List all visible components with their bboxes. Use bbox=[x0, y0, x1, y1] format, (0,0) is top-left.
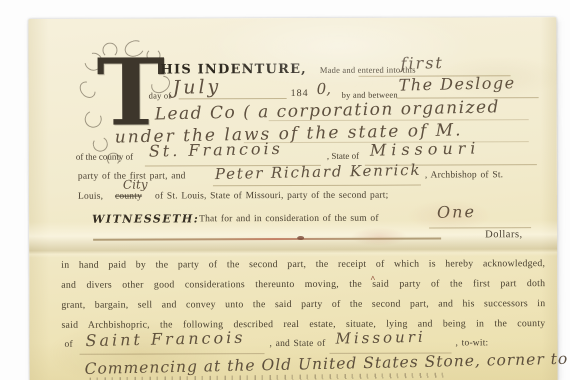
body-paragraph-line: said Archbishopric, the following descri… bbox=[61, 318, 545, 331]
printed-text: , Archbishop of St. bbox=[425, 170, 503, 180]
printed-text: of the county of bbox=[76, 152, 133, 162]
ink-caret-mark: ^ bbox=[370, 274, 375, 284]
printed-text: of St. Louis, State of Missouri, party o… bbox=[155, 191, 389, 202]
printed-text: by and between bbox=[342, 90, 398, 100]
handwritten-county: St. Francois bbox=[149, 139, 283, 161]
printed-text: That for and in consideration of the sum… bbox=[199, 214, 379, 225]
handwritten-year-digit: 0, bbox=[316, 80, 331, 98]
struck-word: county bbox=[115, 192, 142, 202]
handwritten-month: July bbox=[172, 76, 221, 99]
body-paragraph-line: and divers other good considerations the… bbox=[61, 278, 545, 291]
printed-text: , State of bbox=[327, 151, 359, 161]
printed-text: , to-wit: bbox=[455, 338, 488, 348]
printed-text: , and State of bbox=[269, 339, 325, 349]
indenture-title: HIS INDENTURE, bbox=[161, 62, 307, 78]
handwritten-grantee-name: Peter Richard Kenrick bbox=[215, 161, 422, 183]
printed-text: day of bbox=[149, 90, 172, 100]
ink-blot bbox=[297, 236, 304, 240]
dollars-label: Dollars, bbox=[485, 229, 523, 240]
handwritten-amount: One bbox=[437, 202, 476, 222]
printed-text: of bbox=[64, 340, 72, 350]
handwritten-day: first bbox=[400, 53, 444, 73]
witnesseth-label: WITNESSETH: bbox=[92, 212, 199, 225]
handwritten-party-name: The Desloge bbox=[398, 73, 515, 94]
handwritten-state: Missouri bbox=[335, 328, 426, 348]
printed-text: Louis, bbox=[78, 192, 103, 202]
form-blank-line bbox=[213, 185, 421, 187]
body-paragraph-line: in hand paid by the party of the second … bbox=[61, 258, 545, 271]
document-paper: T HIS INDENTURE, Made and entered into t… bbox=[28, 17, 557, 380]
printed-year: 184 bbox=[291, 88, 309, 99]
form-blank-line bbox=[93, 237, 441, 240]
handwritten-correction: City bbox=[123, 177, 148, 192]
body-paragraph-line: grant, bargain, sell and convey unto the… bbox=[61, 298, 545, 311]
ornate-dropcap: T bbox=[28, 17, 556, 19]
engraving-flourish bbox=[76, 78, 98, 101]
form-blank-line bbox=[80, 353, 265, 355]
scan-background: T HIS INDENTURE, Made and entered into t… bbox=[0, 0, 570, 380]
handwritten-state: Missouri bbox=[370, 138, 481, 159]
handwritten-county: Saint Francois bbox=[85, 328, 245, 350]
